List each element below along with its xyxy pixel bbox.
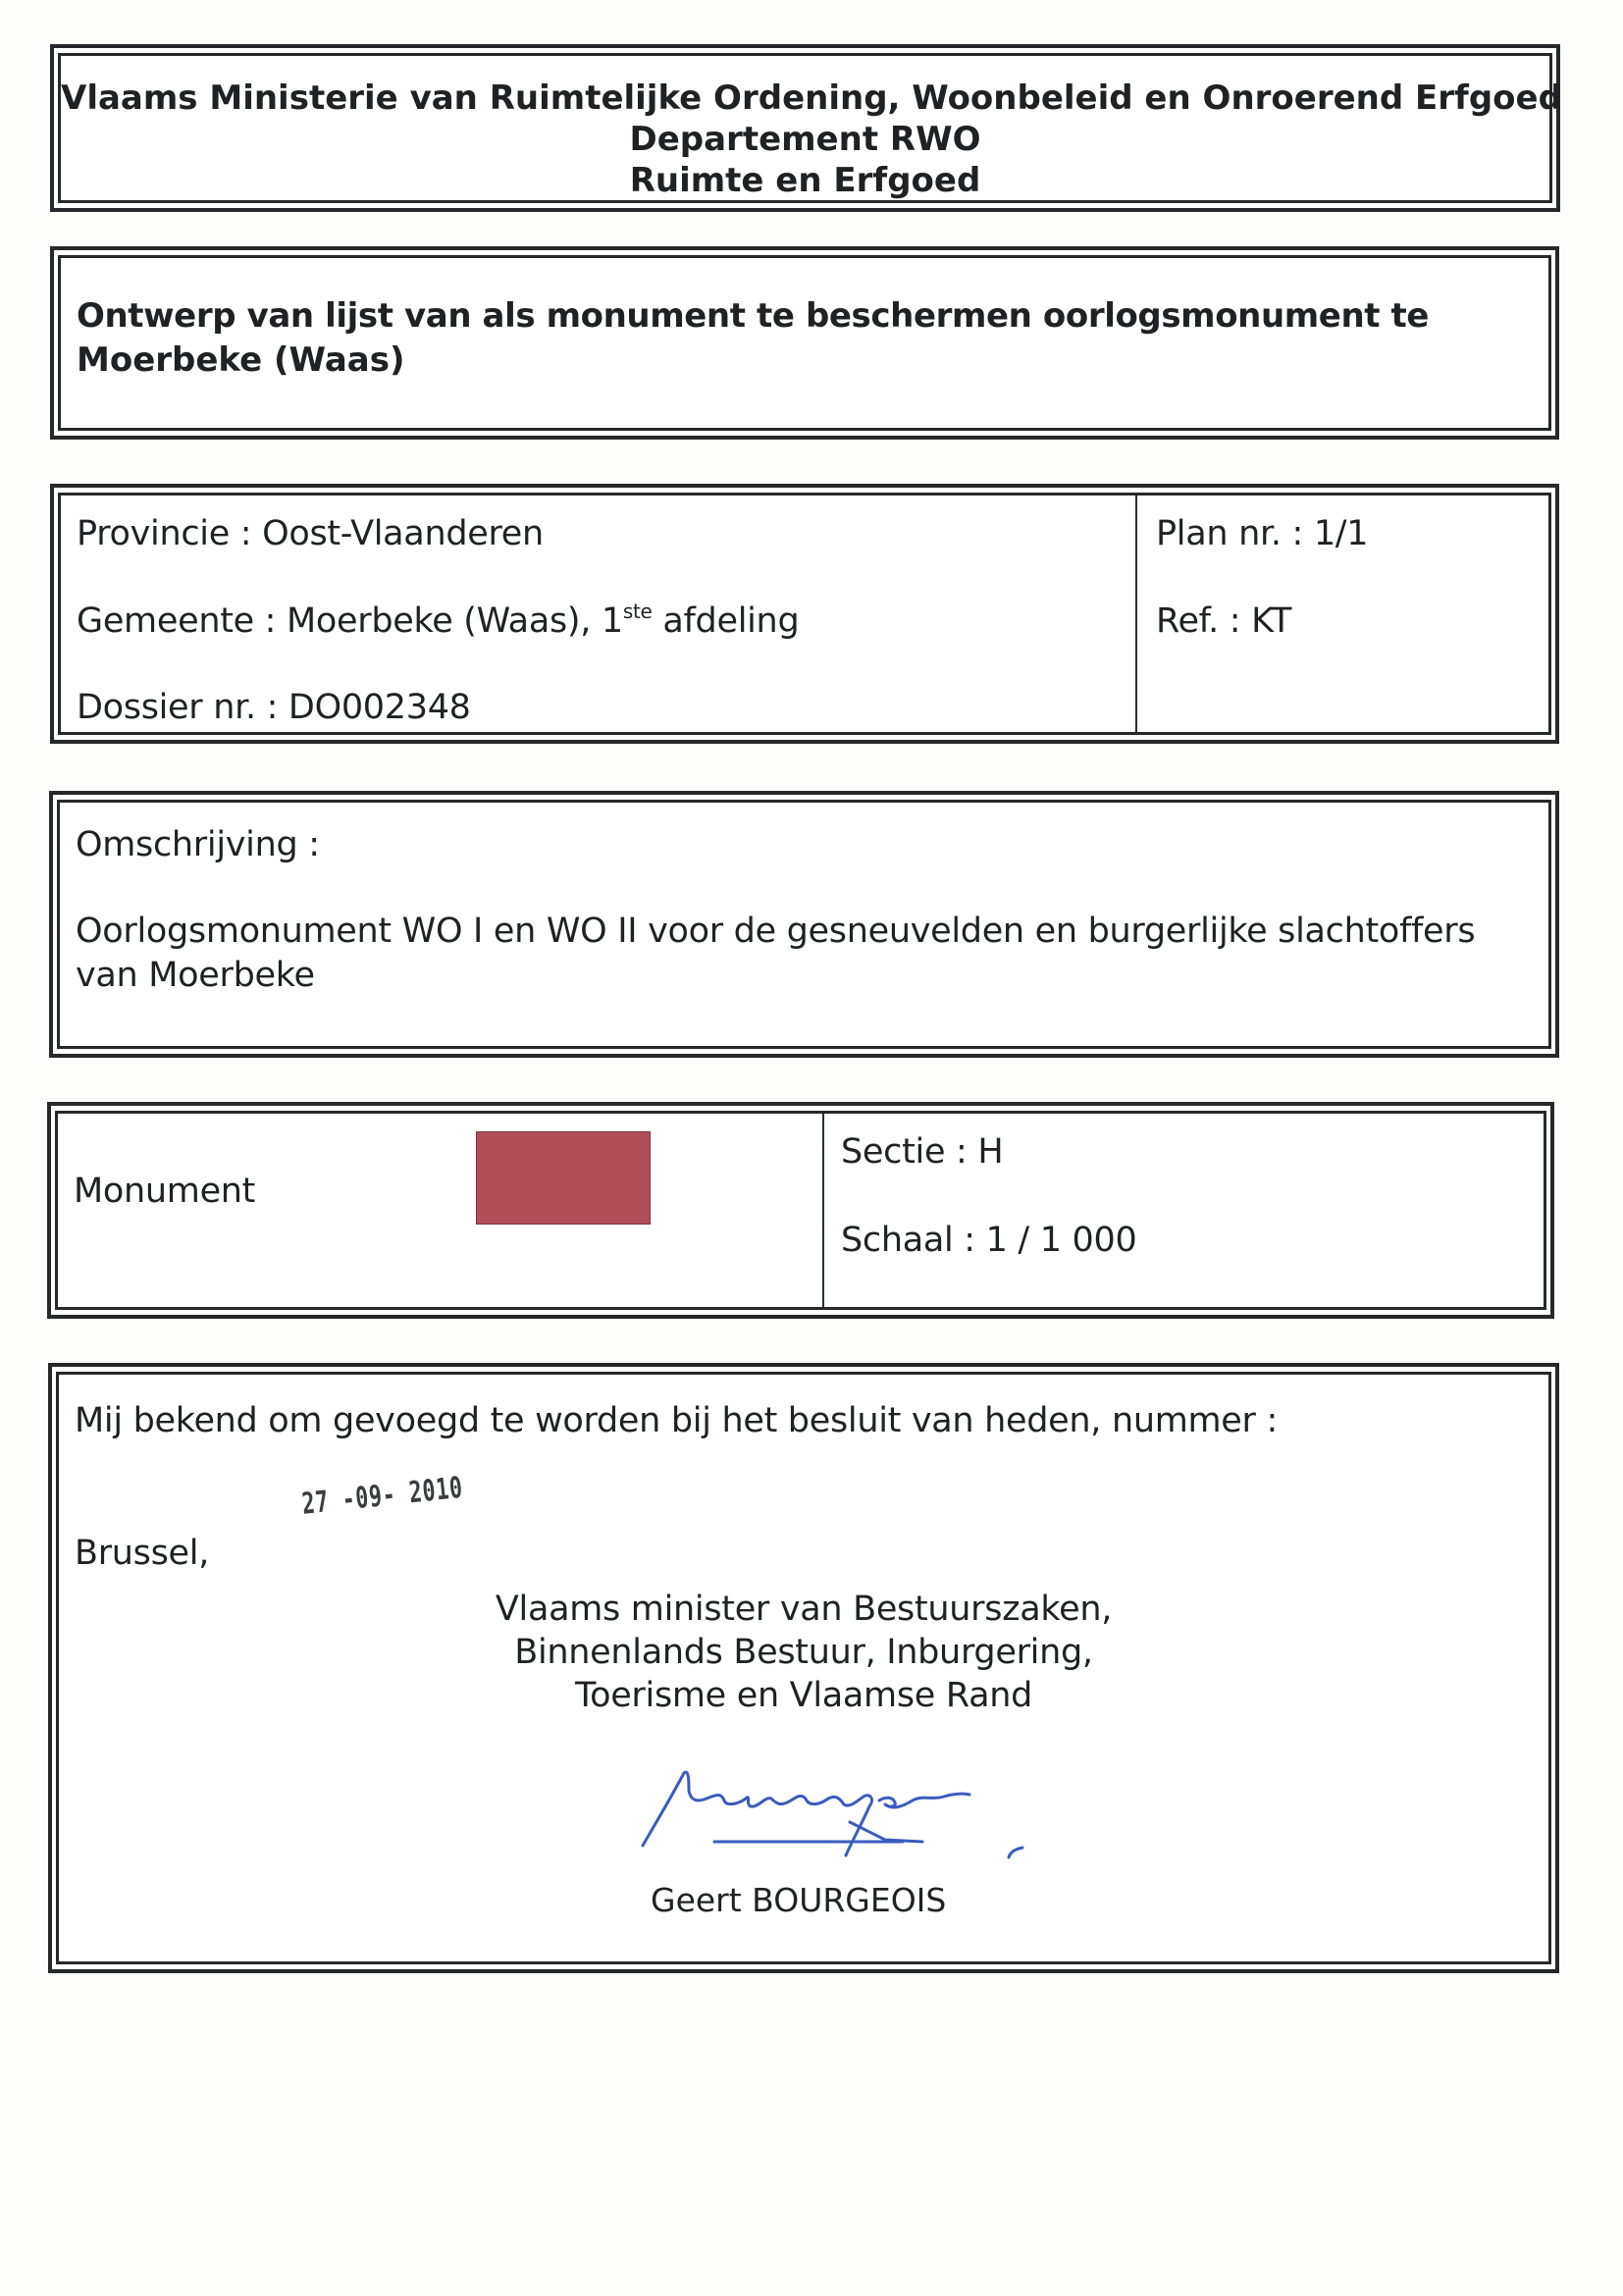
description-text-line-2: van Moerbeke — [76, 959, 315, 993]
province-field: Provincie : Oost-Vlaanderen — [77, 517, 544, 551]
description-box: Omschrijving : Oorlogsmonument WO I en W… — [49, 791, 1559, 1058]
document-title-line-2: Moerbeke (Waas) — [77, 343, 405, 377]
section-field: Sectie : H — [841, 1135, 1003, 1170]
legend-column-divider — [822, 1114, 824, 1307]
minister-title-line-3: Toerisme en Vlaamse Rand — [59, 1679, 1548, 1713]
ministry-header-inner-border: Vlaams Ministerie van Ruimtelijke Ordeni… — [58, 53, 1552, 203]
division-name: Ruimte en Erfgoed — [61, 164, 1549, 197]
description-label: Omschrijving : — [76, 828, 320, 862]
legend-inner-border: Monument Sectie : H Schaal : 1 / 1 000 — [55, 1111, 1546, 1310]
monument-legend-swatch — [476, 1131, 651, 1225]
description-text-line-1: Oorlogsmonument WO I en WO II voor de ge… — [76, 914, 1475, 949]
minister-title-line-2: Binnenlands Bestuur, Inburgering, — [59, 1636, 1548, 1670]
description-inner-border: Omschrijving : Oorlogsmonument WO I en W… — [57, 800, 1551, 1049]
approval-statement: Mij bekend om gevoegd te worden bij het … — [75, 1404, 1278, 1438]
scale-field: Schaal : 1 / 1 000 — [841, 1224, 1136, 1258]
department-name: Departement RWO — [61, 123, 1549, 156]
legend-box: Monument Sectie : H Schaal : 1 / 1 000 — [47, 1102, 1554, 1319]
plan-number-field: Plan nr. : 1/1 — [1156, 517, 1368, 551]
ministry-header-box: Vlaams Ministerie van Ruimtelijke Ordeni… — [50, 44, 1560, 212]
location-info-box: Provincie : Oost-Vlaanderen Gemeente : M… — [50, 484, 1559, 744]
place-label: Brussel, — [75, 1537, 209, 1571]
municipality-prefix: Gemeente : Moerbeke (Waas), 1 — [77, 601, 623, 641]
ministry-name: Vlaams Ministerie van Ruimtelijke Ordeni… — [61, 81, 1549, 115]
municipality-ordinal: ste — [623, 600, 653, 623]
document-title-line-1: Ontwerp van lijst van als monument te be… — [77, 299, 1429, 333]
signatory-name: Geert BOURGEOIS — [651, 1884, 946, 1916]
reference-field: Ref. : KT — [1156, 604, 1291, 639]
municipality-field: Gemeente : Moerbeke (Waas), 1ste afdelin… — [77, 604, 799, 639]
location-column-divider — [1135, 496, 1137, 732]
approval-box: Mij bekend om gevoegd te worden bij het … — [48, 1363, 1559, 1973]
legend-monument-label: Monument — [74, 1174, 255, 1209]
document-title-box: Ontwerp van lijst van als monument te be… — [50, 246, 1559, 440]
minister-title-line-1: Vlaams minister van Bestuurszaken, — [59, 1592, 1548, 1627]
municipality-suffix: afdeling — [653, 601, 800, 641]
location-info-inner-border: Provincie : Oost-Vlaanderen Gemeente : M… — [58, 493, 1551, 735]
dossier-number-field: Dossier nr. : DO002348 — [77, 691, 471, 725]
signature-icon — [628, 1761, 1060, 1879]
document-title-inner-border: Ontwerp van lijst van als monument te be… — [58, 255, 1551, 431]
